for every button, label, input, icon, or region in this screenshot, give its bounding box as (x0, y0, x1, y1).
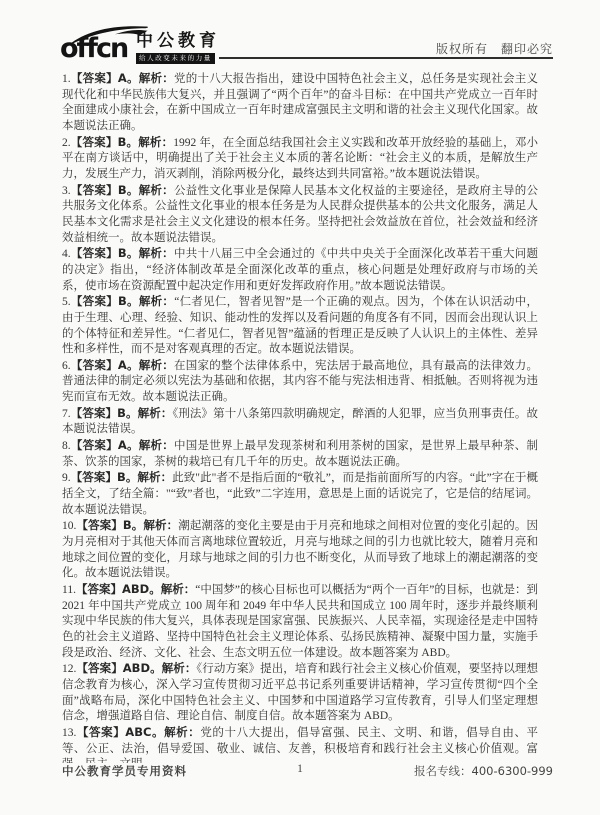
answer-value: ABD。 (123, 661, 162, 675)
answer-value: B。 (118, 135, 139, 149)
header-divider (219, 57, 553, 59)
analysis-label: 解析： (137, 470, 172, 484)
answer-label: 【答案】 (71, 246, 118, 260)
answer-item: 7.【答案】B。解析：《刑法》第十八条第四款明确规定，醉酒的人犯罪，应当负刑事责… (62, 406, 538, 438)
analysis-label: 解析： (139, 71, 174, 85)
answer-item: 9.【答案】B。解析：此致"此"者不是指后面的“敬礼”，而是指前面所写的内容。“… (62, 470, 538, 518)
analysis-label: 解析： (138, 135, 173, 149)
answer-item: 10.【答案】B。解析：潮起潮落的变化主要是由于月亮和地球之间相对位置的变化引起… (62, 518, 538, 582)
answer-label: 【答案】 (71, 438, 118, 452)
answer-label: 【答案】 (71, 406, 118, 420)
analysis-label: 解析： (138, 406, 173, 420)
item-number: 12. (62, 663, 76, 675)
analysis-label: 解析： (139, 438, 174, 452)
answer-value: B。 (123, 518, 143, 532)
footer-hotline: 报名专线：400-6300-999 (414, 763, 553, 779)
answer-label: 【答案】 (76, 661, 122, 675)
analysis-label: 解析： (164, 725, 200, 739)
page-footer: 中公教育学员专用资料 1 报名专线：400-6300-999 (0, 763, 600, 779)
item-number: 8. (62, 440, 71, 452)
item-number: 1. (62, 73, 71, 85)
item-number: 9. (62, 472, 71, 484)
answer-label: 【答案】 (76, 518, 123, 532)
item-number: 13. (62, 727, 76, 739)
item-number: 10. (62, 520, 76, 532)
copyright-notice: 版权所有 翻印必究 (436, 40, 553, 57)
answer-value: B。 (117, 406, 137, 420)
logo-tagline: 给人改变未来的力量 (136, 53, 215, 64)
answer-label: 【答案】 (71, 71, 118, 85)
document-page: offcn 中公教育 给人改变未来的力量 版权所有 翻印必究 1.【答案】A。解… (0, 0, 600, 815)
answer-item: 6.【答案】A。解析：在国家的整个法律体系中，宪法居于最高地位，具有最高的法律效… (62, 358, 538, 406)
answer-label: 【答案】 (71, 183, 118, 197)
answer-value: ABD。 (122, 582, 161, 596)
analysis-label: 解析： (139, 358, 174, 372)
answer-label: 【答案】 (71, 470, 117, 484)
answer-label: 【答案】 (71, 294, 118, 308)
analysis-label: 解析： (161, 582, 196, 596)
answer-item: 1.【答案】A。解析：党的十八大报告指出，建设中国特色社会主义，总任务是实现社会… (62, 71, 538, 135)
answer-item: 11.【答案】ABD。解析：“中国梦”的核心目标也可以概括为“两个一百年”的目标… (62, 582, 538, 661)
answer-item: 5.【答案】B。解析：“仁者见仁，智者见智”是一个正确的观点。因为，个体在认识活… (62, 294, 538, 358)
answer-value: A。 (118, 438, 139, 452)
answer-item: 8.【答案】A。解析：中国是世界上最早发现茶树和利用茶树的国家，是世界上最早种茶… (62, 438, 538, 470)
answer-label: 【答案】 (71, 358, 118, 372)
analysis-label: 解析： (162, 661, 197, 675)
item-number: 11. (62, 584, 76, 596)
answer-value: B。 (117, 470, 137, 484)
answer-label: 【答案】 (76, 725, 125, 739)
item-number: 6. (62, 360, 71, 372)
analysis-label: 解析： (139, 294, 174, 308)
logo-brand-name: 中公教育 (136, 32, 220, 50)
answer-item: 12.【答案】ABD。解析：《行动方案》提出，培育和践行社会主义核心价值观，要坚… (62, 661, 538, 725)
item-number: 7. (62, 408, 71, 420)
item-number: 3. (62, 185, 71, 197)
answer-value: A。 (118, 358, 139, 372)
answer-label: 【答案】 (71, 135, 118, 149)
answer-value: ABC。 (125, 725, 164, 739)
offcn-logo: offcn 中公教育 给人改变未来的力量 (60, 26, 218, 64)
answer-item: 13.【答案】ABC。解析：党的十八大提出，倡导富强、民主、文明、和谐，倡导自由… (62, 725, 538, 763)
analysis-label: 解析： (143, 518, 178, 532)
answer-value: A。 (118, 71, 139, 85)
item-number: 2. (62, 137, 71, 149)
answer-value: B。 (118, 294, 139, 308)
answer-value: B。 (118, 183, 139, 197)
analysis-label: 解析： (139, 183, 174, 197)
answer-item: 4.【答案】B。解析：中共十八届三中全会通过的《中共中央关于全面深化改革若干重大… (62, 246, 538, 294)
item-number: 5. (62, 296, 71, 308)
answer-item: 2.【答案】B。解析：1992 年，在全面总结我国社会主义实践和改革开放经验的基… (62, 135, 538, 183)
answers-list: 1.【答案】A。解析：党的十八大报告指出，建设中国特色社会主义，总任务是实现社会… (62, 71, 538, 763)
item-number: 4. (62, 248, 71, 260)
answer-value: B。 (118, 246, 139, 260)
answer-item: 3.【答案】B。解析：公益性文化事业是保障人民基本文化权益的主要途径，是政府主导… (62, 183, 538, 247)
analysis-label: 解析： (139, 246, 174, 260)
answer-label: 【答案】 (76, 582, 122, 596)
